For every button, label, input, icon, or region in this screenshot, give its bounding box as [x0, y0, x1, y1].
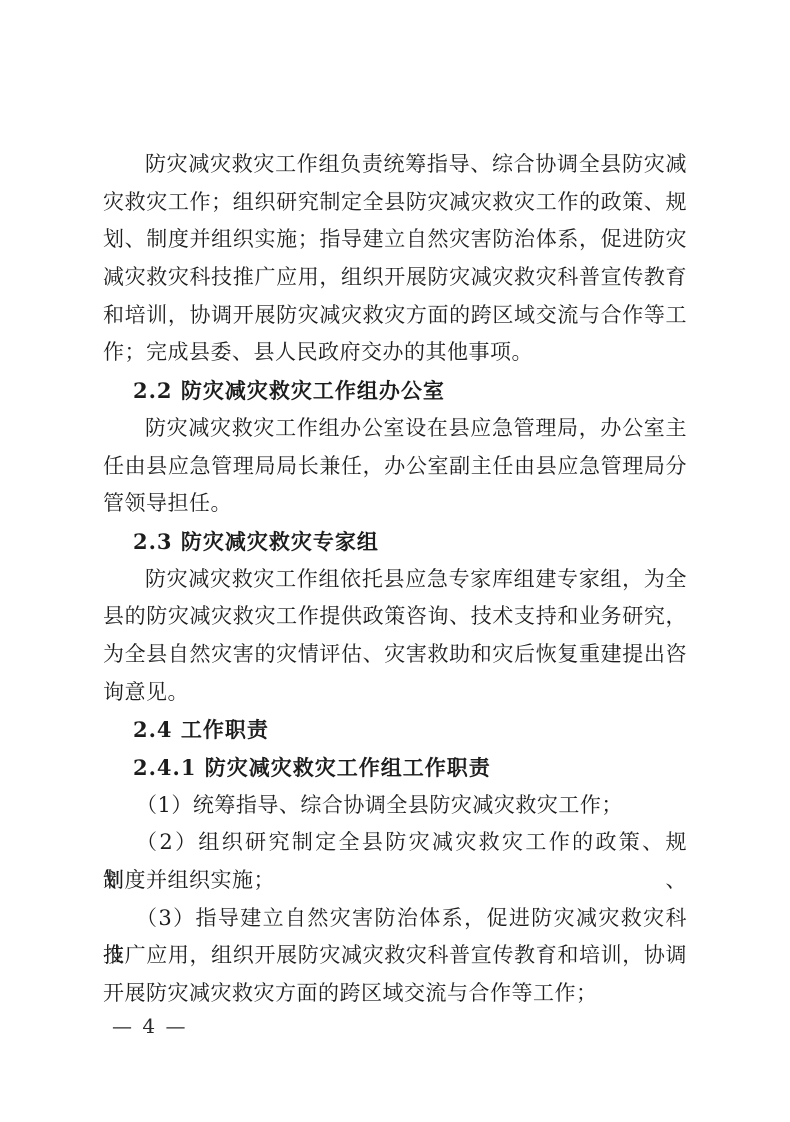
- text-line: 县的防灾减灾救灾工作提供政策咨询、技术支持和业务研究，: [103, 598, 687, 636]
- text-line: 防灾减灾救灾工作组办公室设在县应急管理局，办公室主: [103, 410, 687, 448]
- text-line: 任由县应急管理局局长兼任，办公室副主任由县应急管理局分: [103, 448, 687, 486]
- text-line: 开展防灾减灾救灾方面的跨区域交流与合作等工作；: [103, 975, 687, 1013]
- text-line: 管领导担任。: [103, 485, 687, 523]
- text-line: 划、制度并组织实施；指导建立自然灾害防治体系，促进防灾: [103, 221, 687, 259]
- section-heading: 2.2 防灾减灾救灾工作组办公室: [103, 372, 687, 410]
- paragraph: （3）指导建立自然灾害防治体系，促进防灾减灾救灾科技推广应用，组织开展防灾减灾救…: [103, 900, 687, 1013]
- section-heading: 2.3 防灾减灾救灾专家组: [103, 523, 687, 561]
- paragraph: 防灾减灾救灾工作组负责统筹指导、综合协调全县防灾减灾救灾工作；组织研究制定全县防…: [103, 146, 687, 372]
- text-line: （1）统筹指导、综合协调全县防灾减灾救灾工作；: [103, 787, 687, 825]
- page-number: — 4 —: [112, 1014, 187, 1038]
- text-line: 2.4 工作职责: [103, 711, 687, 749]
- text-line: 防灾减灾救灾工作组依托县应急专家库组建专家组，为全: [103, 561, 687, 599]
- text-line: 作；完成县委、县人民政府交办的其他事项。: [103, 334, 687, 372]
- paragraph: （1）统筹指导、综合协调全县防灾减灾救灾工作；: [103, 787, 687, 825]
- document-page: 防灾减灾救灾工作组负责统筹指导、综合协调全县防灾减灾救灾工作；组织研究制定全县防…: [0, 0, 790, 1122]
- section-heading: 2.4 工作职责: [103, 711, 687, 749]
- section-heading: 2.4.1 防灾减灾救灾工作组工作职责: [103, 749, 687, 787]
- text-line: （2）组织研究制定全县防灾减灾救灾工作的政策、规划、: [103, 824, 687, 862]
- paragraph: 防灾减灾救灾工作组办公室设在县应急管理局，办公室主任由县应急管理局局长兼任，办公…: [103, 410, 687, 523]
- text-line: 减灾救灾科技推广应用，组织开展防灾减灾救灾科普宣传教育: [103, 259, 687, 297]
- text-line: 询意见。: [103, 674, 687, 712]
- text-line: 灾救灾工作；组织研究制定全县防灾减灾救灾工作的政策、规: [103, 184, 687, 222]
- text-line: 为全县自然灾害的灾情评估、灾害救助和灾后恢复重建提出咨: [103, 636, 687, 674]
- paragraph: （2）组织研究制定全县防灾减灾救灾工作的政策、规划、制度并组织实施；: [103, 824, 687, 899]
- text-line: 2.2 防灾减灾救灾工作组办公室: [103, 372, 687, 410]
- text-line: 和培训，协调开展防灾减灾救灾方面的跨区域交流与合作等工: [103, 297, 687, 335]
- text-line: 推广应用，组织开展防灾减灾救灾科普宣传教育和培训，协调: [103, 937, 687, 975]
- text-line: 2.3 防灾减灾救灾专家组: [103, 523, 687, 561]
- text-line: 防灾减灾救灾工作组负责统筹指导、综合协调全县防灾减: [103, 146, 687, 184]
- document-content: 防灾减灾救灾工作组负责统筹指导、综合协调全县防灾减灾救灾工作；组织研究制定全县防…: [103, 146, 687, 1013]
- text-line: 2.4.1 防灾减灾救灾工作组工作职责: [103, 749, 687, 787]
- text-line: （3）指导建立自然灾害防治体系，促进防灾减灾救灾科技: [103, 900, 687, 938]
- paragraph: 防灾减灾救灾工作组依托县应急专家库组建专家组，为全县的防灾减灾救灾工作提供政策咨…: [103, 561, 687, 712]
